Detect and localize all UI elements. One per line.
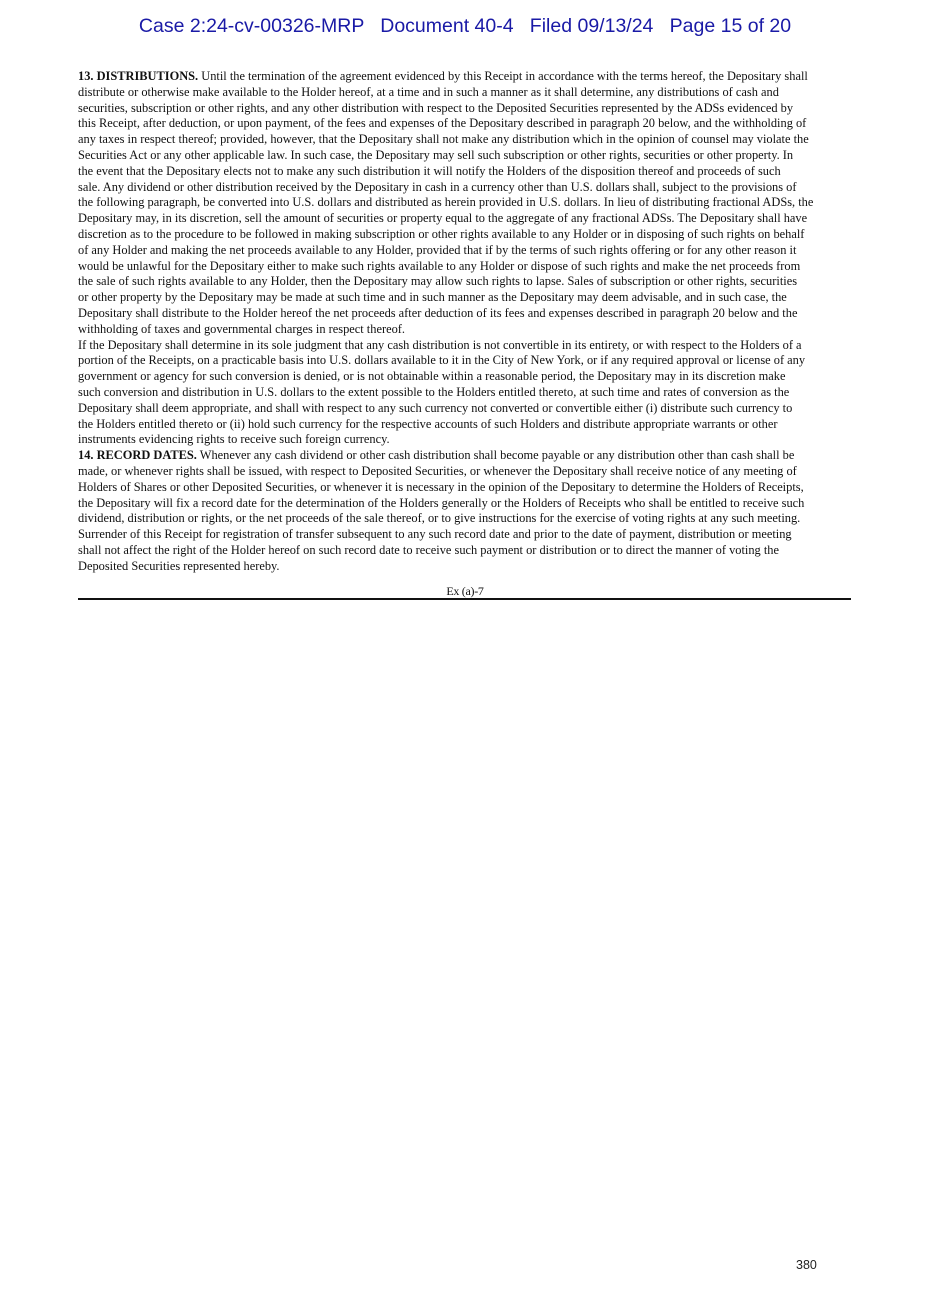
text-line: or other property by the Depositary may … (78, 290, 852, 306)
text-line: this Receipt, after deduction, or upon p… (78, 116, 852, 132)
text-line: instruments evidencing rights to receive… (78, 432, 852, 448)
text-line: government or agency for such conversion… (78, 369, 852, 385)
text-line: securities, subscription or other rights… (78, 101, 852, 117)
text-line: 13. DISTRIBUTIONS. Until the termination… (78, 69, 852, 85)
text-line: sale. Any dividend or other distribution… (78, 180, 852, 196)
text-line: Depositary shall distribute to the Holde… (78, 306, 852, 322)
text-line: 14. RECORD DATES. Whenever any cash divi… (78, 448, 852, 464)
text-line: withholding of taxes and governmental ch… (78, 322, 852, 338)
text-line: such conversion and distribution in U.S.… (78, 385, 852, 401)
court-filing-header-stamp: Case 2:24-cv-00326-MRP Document 40-4 Fil… (0, 15, 930, 38)
text-line: Securities Act or any other applicable l… (78, 148, 852, 164)
text-line: any taxes in respect thereof; provided, … (78, 132, 852, 148)
text-line: the following paragraph, be converted in… (78, 195, 852, 211)
section-heading: 14. RECORD DATES. (78, 448, 197, 462)
text-line: Surrender of this Receipt for registrati… (78, 527, 852, 543)
text-line: the Depositary will fix a record date fo… (78, 496, 852, 512)
text-line: the sale of such rights available to any… (78, 274, 852, 290)
text-line: Deposited Securities represented hereby. (78, 559, 852, 575)
text-line: shall not affect the right of the Holder… (78, 543, 852, 559)
text-line: discretion as to the procedure to be fol… (78, 227, 852, 243)
text-line: would be unlawful for the Depositary eit… (78, 259, 852, 275)
text-line: If the Depositary shall determine in its… (78, 338, 852, 354)
section-14-record-dates: 14. RECORD DATES. Whenever any cash divi… (78, 448, 852, 574)
text-line: distribute or otherwise make available t… (78, 85, 852, 101)
text-line: the event that the Depositary elects not… (78, 164, 852, 180)
exhibit-page-label: Ex (a)-7 (0, 584, 930, 599)
page-number: 380 (796, 1258, 817, 1272)
text-line: Holders of Shares or other Deposited Sec… (78, 480, 852, 496)
footer-divider (78, 598, 851, 600)
text-line: portion of the Receipts, on a practicabl… (78, 353, 852, 369)
text-line: Depositary may, in its discretion, sell … (78, 211, 852, 227)
text-line: made, or whenever rights shall be issued… (78, 464, 852, 480)
section-heading: 13. DISTRIBUTIONS. (78, 69, 198, 83)
document-body: 13. DISTRIBUTIONS. Until the termination… (78, 69, 852, 575)
text-line: of any Holder and making the net proceed… (78, 243, 852, 259)
section-13-distributions: 13. DISTRIBUTIONS. Until the termination… (78, 69, 852, 448)
text-line: Depositary shall deem appropriate, and s… (78, 401, 852, 417)
text-line: dividend, distribution or rights, or the… (78, 511, 852, 527)
text-line: the Holders entitled thereto or (ii) hol… (78, 417, 852, 433)
